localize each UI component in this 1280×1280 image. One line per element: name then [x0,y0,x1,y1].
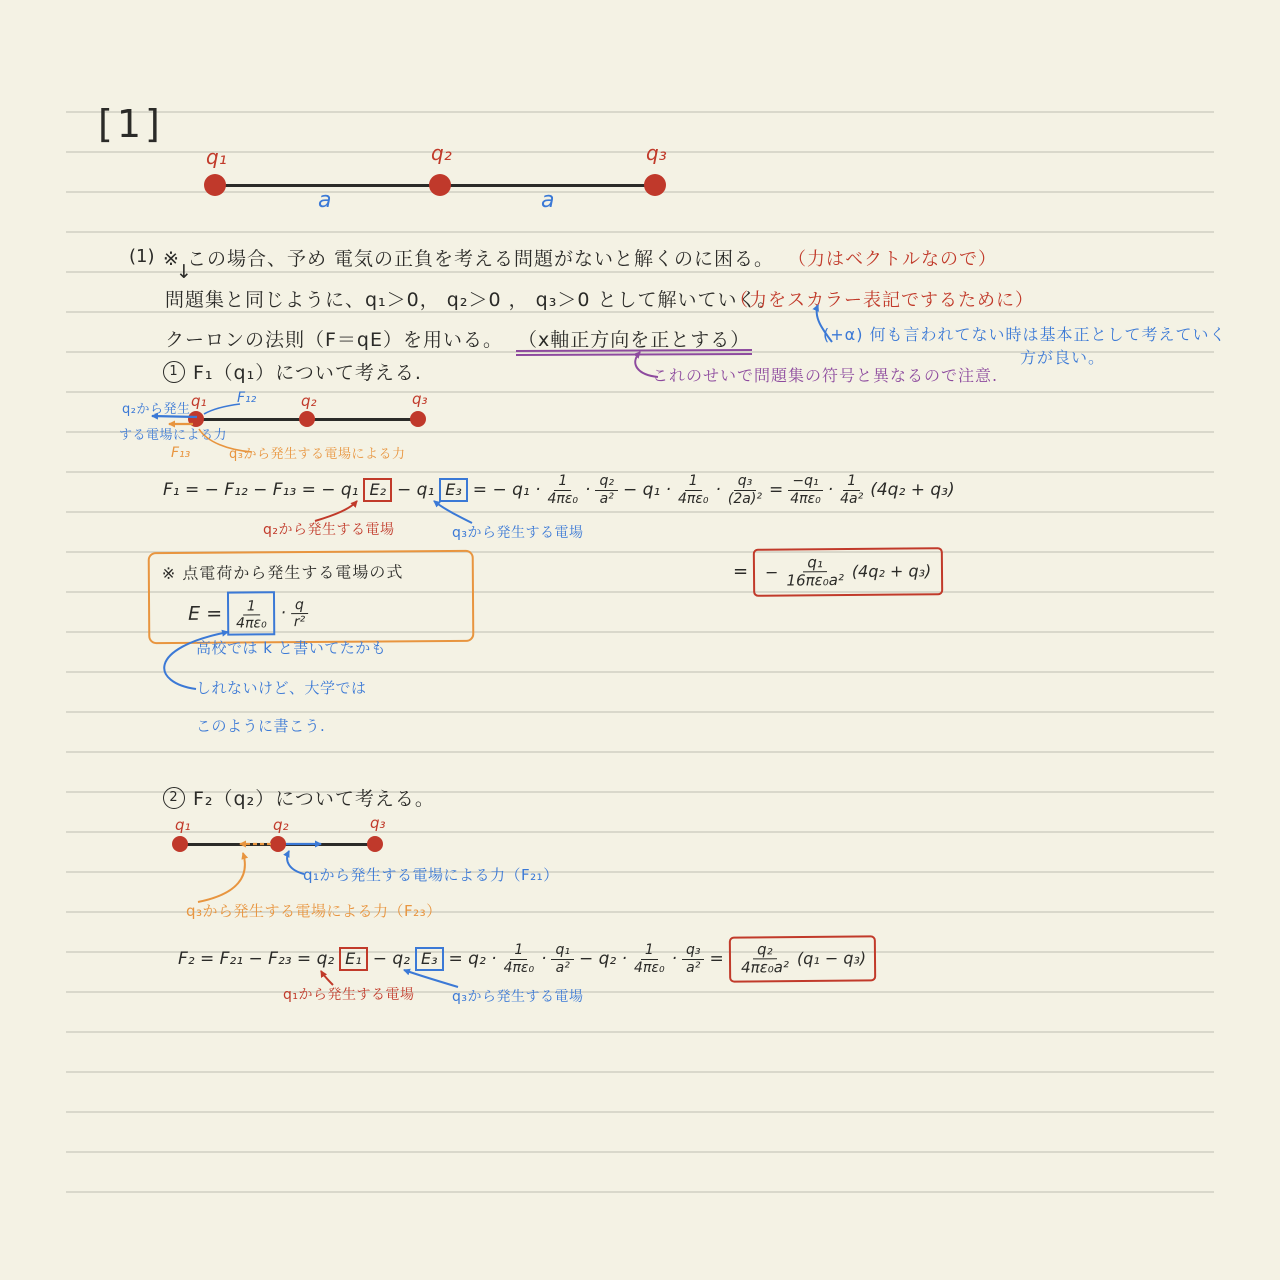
dot-operator: · [716,480,721,500]
equals-sign: = [733,561,748,582]
f21-label-text: q₁から発生する電場による力（F₂₁） [303,864,559,885]
fraction: q₃(2a)² [726,473,764,506]
eq1-t2: − q₁ [397,480,434,500]
intro-line3: クーロンの法則（F＝qE）を用いる。 [165,325,503,352]
field-formula-note-3: このように書こう. [196,715,325,736]
f23-connector-arrow [198,853,245,902]
distance-label-a1: a [318,188,331,213]
dot-operator: · [541,949,546,969]
field-formula-equation: E = 14πε₀ · qr² [188,591,308,636]
equation-1: F₁ = − F₁₂ − F₁₃ = − q₁ E₂ − q₁ E₃ = − q… [163,467,955,513]
eq1-E2-annotation: q₂から発生する電場 [263,519,395,539]
eq2-E3-annotation: q₃から発生する電場 [452,986,584,1006]
charge-label-q3: q₃ [646,141,667,165]
charge-dot-q1 [172,836,188,852]
charge-label-q2: q₂ [431,141,452,165]
fraction: 14a² [838,473,865,506]
eq2-t2: − q₂ [373,949,410,969]
dot-operator: · [828,480,833,500]
charge-label-q3: q₃ [370,814,386,832]
fraction: 14πε₀ [546,473,581,506]
charge-dot-q2 [270,836,286,852]
charge-dot-q2 [429,174,451,196]
intro-line3-underlined: （x軸正方向を正とする） [518,325,750,352]
eq1-t4: − q₁ · [623,480,671,500]
eq1-lhs: F₁ = − F₁₂ − F₁₃ = − q₁ [163,480,358,500]
charge-dot-q3 [410,411,426,427]
charge-label-q1: q₁ [191,392,207,410]
distance-label-a2: a [541,188,554,213]
equation-2: F₂ = F₂₁ − F₂₃ = q₂ E₁ − q₂ E₃ = q₂ · 14… [178,936,876,982]
fraction: q₂a² [595,473,618,506]
eq2-t3: = q₂ · [449,949,497,969]
eq1-t6: (4q₂ + q₃) [870,480,954,500]
fraction: 14πε₀ [676,473,711,506]
intro-line1-note: （力はベクトルなので） [788,245,997,271]
eq1-t5: = [769,480,783,500]
eq2-t5: = [709,949,723,969]
field-formula-note-2: しれないけど、大学では [196,677,367,698]
coulomb-constant-boxed: 14πε₀ [227,591,276,636]
field-formula-box: ※ 点電荷から発生する電場の式 E = 14πε₀ · qr² [148,550,475,644]
f13-label-text: q₃から発生する電場による力 [229,443,405,462]
section2-heading-text: F₂（q₂）について考える。 [193,784,435,811]
result-2-tail: (q₁ − q₃) [797,949,866,969]
intro-line1: ※ この場合、予め 電気の正負を考える問題がないと解くのに困る。 [163,244,774,271]
eq2-lhs: F₂ = F₂₁ − F₂₃ = q₂ [178,949,334,969]
charge-label-q1: q₁ [206,145,227,169]
intro-line2: 問題集と同じように、q₁＞0， q₂＞0 ， q₃＞0 として解いていく。 [165,285,777,312]
charge-label-q2: q₂ [273,816,289,834]
field-formula-note-1: 高校では k と書いてたかも [196,637,386,658]
charge-label-q2: q₂ [301,392,317,410]
down-arrow: ↓ [176,261,192,283]
result-2-box: q₂4πε₀a² (q₁ − q₃) [729,936,877,983]
charge-dot-q3 [367,836,383,852]
section2-heading: 2 F₂（q₂）について考える。 [163,784,435,811]
fraction: q₁16πε₀a² [784,554,846,590]
page-title: [1] [98,102,164,146]
fraction: q₃a² [682,942,705,975]
section1-heading: 1 F₁（q₁）について考える. [163,358,422,385]
result-1: = − q₁16πε₀a² (4q₂ + q₃) [733,548,943,596]
fraction: 14πε₀ [234,598,269,631]
eq2-t4: − q₂ · [579,949,627,969]
eq1-t3: = − q₁ · [473,480,541,500]
fraction: 14πε₀ [632,942,667,975]
item-number: (1) [129,246,155,267]
eq2-E3-boxed: E₃ [415,947,444,972]
purple-underline-bottom [516,354,752,355]
minus-sign: − [765,563,779,582]
dot-operator: · [672,949,677,969]
blue-tip-line1: (+α) 何も言われてない時は基本正として考えていく [823,322,1227,345]
circled-number-1: 1 [163,361,185,383]
notebook-page: [1] q₁ q₂ q₃ a a (1) ※ この場合、予め 電気の正負を考える… [0,0,1280,1280]
eq1-E3-annotation: q₃から発生する電場 [452,522,584,542]
eq1-E3-boxed: E₃ [439,478,468,503]
blue-tip-line2: 方が良い。 [1020,345,1105,368]
f21-connector-arrow [287,851,304,874]
charge-label-q1: q₁ [175,816,191,834]
dot-operator: · [281,603,287,623]
result-1-box: − q₁16πε₀a² (4q₂ + q₃) [753,547,944,596]
circled-number-2: 2 [163,787,185,809]
field-formula-title: ※ 点電荷から発生する電場の式 [162,559,404,584]
eq2-E1-annotation: q₁から発生する電場 [283,984,415,1004]
result-1-tail: (4q₂ + q₃) [852,562,932,582]
fraction: q₂4πε₀a² [739,941,791,977]
intro-line2-note: （力をスカラー表記でするために） [730,286,1034,312]
f12-connector-curve [204,404,240,414]
charge-dot-q3 [644,174,666,196]
fraction: 14πε₀ [502,942,537,975]
fraction: −q₁4πε₀ [788,473,823,506]
purple-caution-note: これのせいで問題集の符号と異なるので注意. [652,363,998,386]
fraction: q₁a² [551,942,574,975]
charge-dot-q2 [299,411,315,427]
fraction: qr² [291,597,308,630]
force-f12-label: F₁₂ [237,390,256,406]
eq1-E2-boxed: E₂ [363,478,392,503]
field-formula-lhs: E = [188,603,222,625]
eq2-E1-boxed: E₁ [339,947,368,972]
charge-label-q3: q₃ [412,390,428,408]
f12-label-line1: q₂から発生 [122,398,190,417]
section1-heading-text: F₁（q₁）について考える. [193,358,422,385]
f23-label-text: q₃から発生する電場による力（F₂₃） [186,900,442,921]
f12-label-line2: する電場による力 [119,424,227,443]
charge-dot-q1 [204,174,226,196]
force-f13-label: F₁₃ [171,445,190,461]
dot-operator: · [585,480,590,500]
